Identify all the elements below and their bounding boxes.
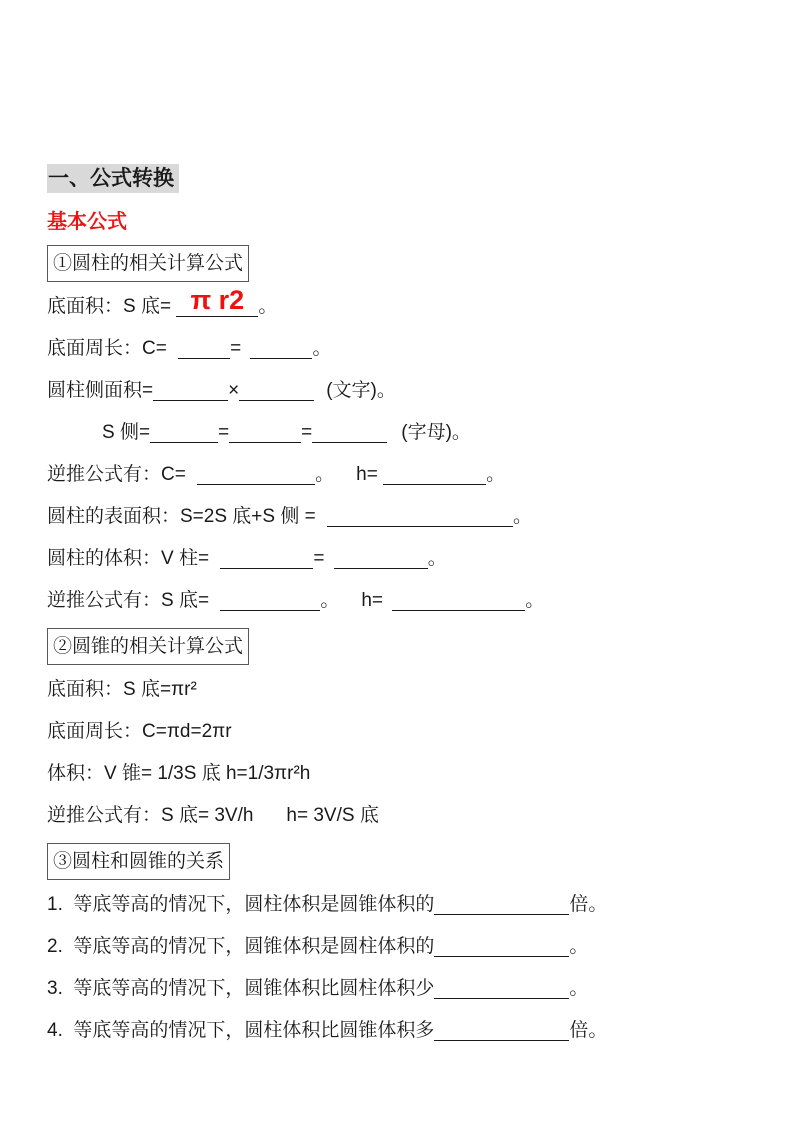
formula-line: 逆推公式有：C= 。h= 。 [47,454,763,496]
text-segment: 逆推公式有：S 底= 3V/h [47,805,253,826]
text-segment: × [228,380,239,401]
blank-underline [220,546,313,569]
text-segment: 逆推公式有：S 底= [47,590,214,611]
blank-underline [434,934,569,957]
text-segment: 。 [569,936,588,957]
section-1: ①圆柱的相关计算公式底面积：S 底= π r2。底面周长：C= = 。圆柱侧面积… [47,245,763,622]
text-segment: = [301,422,312,443]
blank-underline [434,976,569,999]
text-segment: 。 [315,464,334,485]
text-segment: h= 3V/S 底 [286,805,378,826]
text-segment: h= [361,590,388,611]
text-segment: S 侧= [102,422,150,443]
blank-underline [150,420,218,443]
formula-line: 圆柱侧面积=×(文字)。 [47,370,763,412]
text-segment: 圆柱的体积：V 柱= [47,548,214,569]
formula-line: 3. 等底等高的情况下，圆锥体积比圆柱体积少。 [47,968,763,1010]
text-segment: 。 [569,978,588,999]
document-page: 一、公式转换 基本公式 ①圆柱的相关计算公式底面积：S 底= π r2。底面周长… [0,0,793,1122]
blank-underline [229,420,301,443]
formula-line: 底面积：S 底=πr² [47,669,763,711]
text-segment: 4. 等底等高的情况下，圆柱体积比圆锥体积多 [47,1020,434,1041]
blank-underline [250,336,312,359]
blank-underline [239,378,314,401]
blank-underline [334,546,428,569]
blank-underline [383,462,486,485]
formula-line: 底面周长：C= = 。 [47,328,763,370]
text-segment: = [230,338,246,359]
text-segment: 。 [486,464,505,485]
formula-line: 底面积：S 底= π r2。 [47,286,763,328]
blank-underline [392,588,525,611]
section-2: ②圆锥的相关计算公式底面积：S 底=πr²底面周长：C=πd=2πr体积：V 锥… [47,628,763,837]
text-segment: 底面周长：C=πd=2πr [47,721,232,742]
formula-line: 4. 等底等高的情况下，圆柱体积比圆锥体积多倍。 [47,1010,763,1052]
formula-line: 逆推公式有：S 底= 3V/hh= 3V/S 底 [47,795,763,837]
section-box-title: ①圆柱的相关计算公式 [47,245,249,282]
spacing-gap [253,820,286,821]
text-segment: = [218,422,229,443]
blank-underline: π r2 [176,294,258,317]
blank-underline [312,420,387,443]
text-segment: 圆柱的表面积：S=2S 底+S 侧 = [47,506,321,527]
text-segment: 2. 等底等高的情况下，圆锥体积是圆柱体积的 [47,936,434,957]
formula-line: 圆柱的体积：V 柱= = 。 [47,538,763,580]
text-segment: (文字)。 [326,380,396,401]
text-segment: 。 [312,338,331,359]
text-segment: = [313,548,329,569]
sections-container: ①圆柱的相关计算公式底面积：S 底= π r2。底面周长：C= = 。圆柱侧面积… [47,245,763,1052]
blank-underline [178,336,230,359]
text-segment: 1. 等底等高的情况下，圆柱体积是圆锥体积的 [47,894,434,915]
blank-underline [434,892,569,915]
highlighted-heading-text: 一、公式转换 [47,164,179,193]
text-segment: 。 [525,590,544,611]
formula-line: 圆柱的表面积：S=2S 底+S 侧 = 。 [47,496,763,538]
text-segment: 体积：V 锥= 1/3S 底 h=1/3πr²h [47,763,310,784]
text-segment: 底面积：S 底=πr² [47,679,197,700]
section-box-title: ③圆柱和圆锥的关系 [47,843,230,880]
spacing-gap [339,605,361,606]
formula-line: 体积：V 锥= 1/3S 底 h=1/3πr²h [47,753,763,795]
text-segment: 底面积：S 底= [47,296,176,317]
text-segment: 。 [513,506,532,527]
blank-underline [220,588,320,611]
section-box-title: ②圆锥的相关计算公式 [47,628,249,665]
blank-underline [197,462,315,485]
section-3: ③圆柱和圆锥的关系1. 等底等高的情况下，圆柱体积是圆锥体积的倍。2. 等底等高… [47,843,763,1052]
blank-underline [153,378,228,401]
spacing-gap [387,437,401,438]
page-title: 一、公式转换 [47,164,763,194]
blank-underline [327,504,513,527]
text-segment: 。 [258,296,277,317]
text-segment: 圆柱侧面积= [47,380,153,401]
text-segment: 倍。 [569,1020,607,1041]
formula-line: 底面周长：C=πd=2πr [47,711,763,753]
subheading: 基本公式 [47,209,763,235]
text-segment: 。 [428,548,447,569]
text-segment: 3. 等底等高的情况下，圆锥体积比圆柱体积少 [47,978,434,999]
text-segment: 逆推公式有：C= [47,464,191,485]
text-segment: 。 [320,590,339,611]
spacing-gap [334,479,356,480]
text-segment: (字母)。 [401,422,471,443]
formula-line: S 侧===(字母)。 [47,412,763,454]
text-segment: h= [356,464,383,485]
blank-underline [434,1018,569,1041]
text-segment: 倍。 [569,894,607,915]
formula-line: 逆推公式有：S 底= 。h= 。 [47,580,763,622]
text-segment: 底面周长：C= [47,338,172,359]
spacing-gap [314,395,326,396]
formula-line: 1. 等底等高的情况下，圆柱体积是圆锥体积的倍。 [47,884,763,926]
handwritten-answer: π r2 [190,287,244,314]
formula-line: 2. 等底等高的情况下，圆锥体积是圆柱体积的。 [47,926,763,968]
